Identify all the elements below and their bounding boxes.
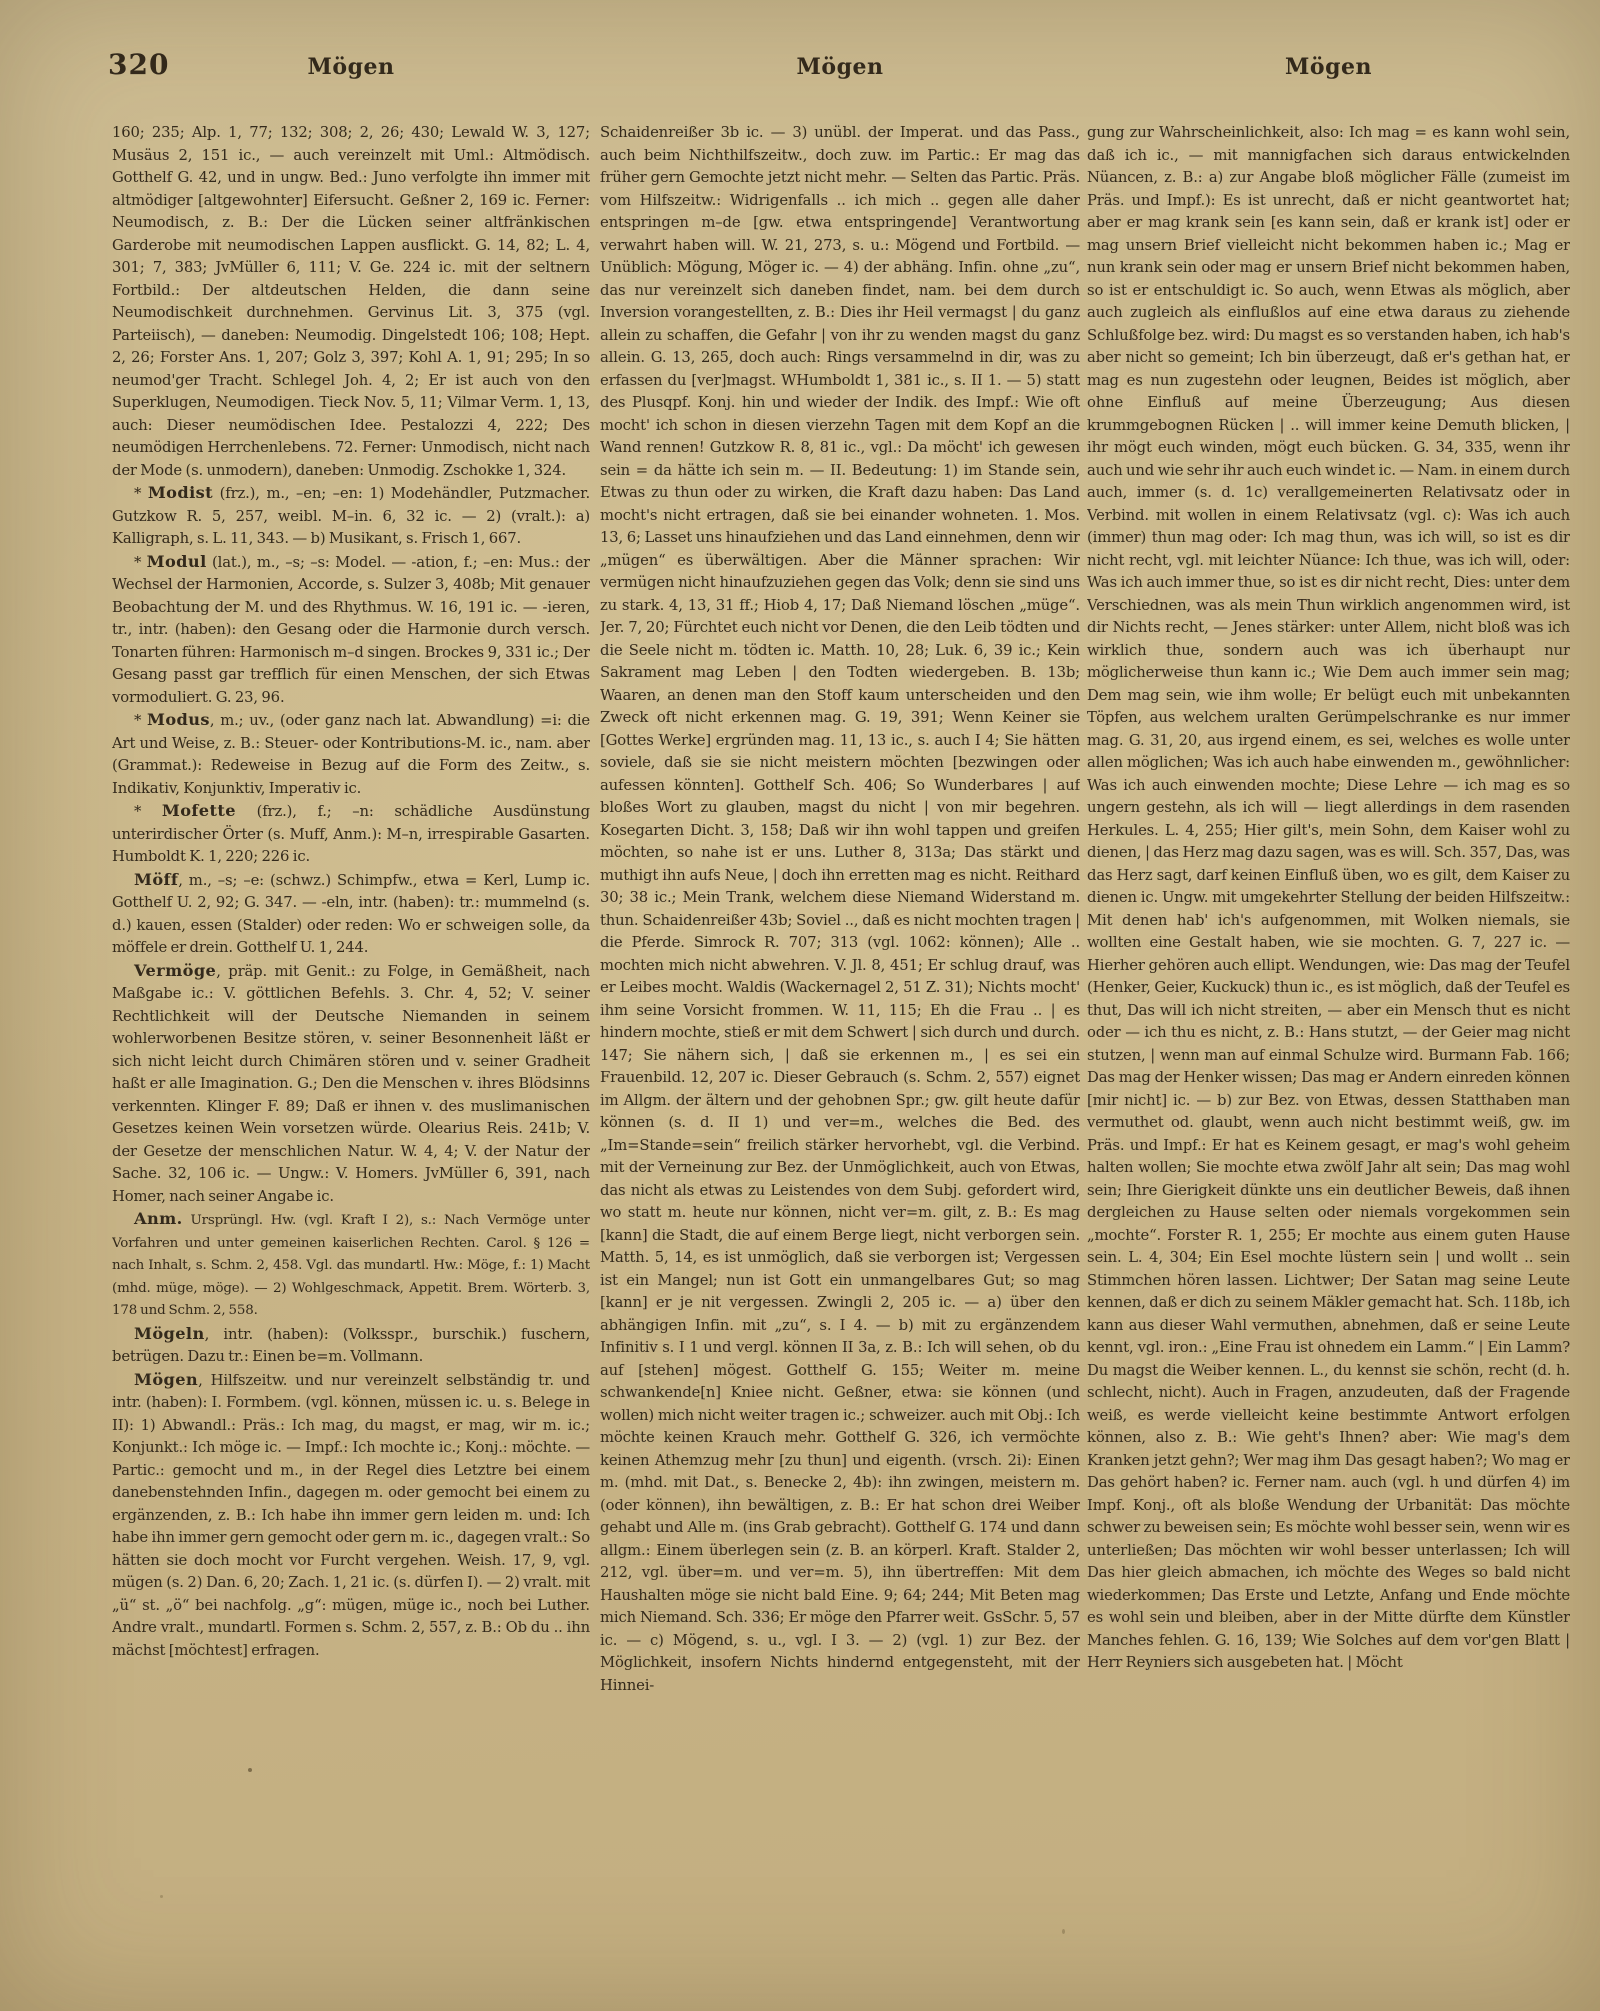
- loanword-asterisk: *: [134, 712, 147, 729]
- paper-speck: [160, 1895, 163, 1898]
- entry-paragraph: Anm. Ursprüngl. Hw. (vgl. Kraft I 2), s.…: [112, 1208, 590, 1323]
- text-paragraph: gung zur Wahrscheinlichkeit, also: Ich m…: [1087, 122, 1570, 1675]
- text-paragraph: 160; 235; Alp. 1, 77; 132; 308; 2, 26; 4…: [112, 122, 590, 482]
- text-column-2: Schaidenreißer 3b ic. — 3) unübl. der Im…: [600, 122, 1080, 1874]
- headword: Mofette: [162, 801, 236, 820]
- entry-paragraph: * Modist (frz.), m., –en; –en: 1) Modehä…: [112, 482, 590, 551]
- entry-paragraph: * Modul (lat.), m., –s; –s: Model. — -at…: [112, 551, 590, 710]
- scanned-dictionary-page: 320 Mögen Mögen Mögen 160; 235; Alp. 1, …: [0, 0, 1600, 2011]
- running-head-column-3: Mögen: [1087, 54, 1570, 80]
- paper-speck: [248, 1768, 252, 1772]
- running-head-column-2: Mögen: [600, 54, 1080, 80]
- headword: Mögeln: [134, 1324, 205, 1343]
- headword: Mögen: [134, 1370, 198, 1389]
- headword: Anm.: [134, 1209, 183, 1228]
- headword: Vermöge: [134, 961, 216, 980]
- text-column-3: gung zur Wahrscheinlichkeit, also: Ich m…: [1087, 122, 1570, 1874]
- entry-paragraph: Mögeln, intr. (haben): (Volksspr., bursc…: [112, 1323, 590, 1369]
- text-column-1: 160; 235; Alp. 1, 77; 132; 308; 2, 26; 4…: [112, 122, 590, 1874]
- entry-paragraph: Vermöge, präp. mit Genit.: zu Folge, in …: [112, 960, 590, 1209]
- entry-paragraph: * Mofette (frz.), f.; –n: schädliche Aus…: [112, 800, 590, 869]
- headword: Modist: [148, 483, 213, 502]
- text-paragraph: Schaidenreißer 3b ic. — 3) unübl. der Im…: [600, 122, 1080, 1697]
- headword: Möff: [134, 870, 178, 889]
- entry-paragraph: Möff, m., –s; –e: (schwz.) Schimpfw., et…: [112, 869, 590, 960]
- paper-speck: [1062, 1929, 1065, 1934]
- loanword-asterisk: *: [134, 803, 162, 820]
- loanword-asterisk: *: [134, 485, 148, 502]
- headword: Modul: [147, 552, 207, 571]
- running-head-column-1: Mögen: [112, 54, 590, 80]
- loanword-asterisk: *: [134, 554, 147, 571]
- headword: Modus: [147, 710, 210, 729]
- entry-paragraph: * Modus, m.; uv., (oder ganz nach lat. A…: [112, 709, 590, 800]
- entry-paragraph: Mögen, Hilfszeitw. und nur vereinzelt se…: [112, 1369, 590, 1663]
